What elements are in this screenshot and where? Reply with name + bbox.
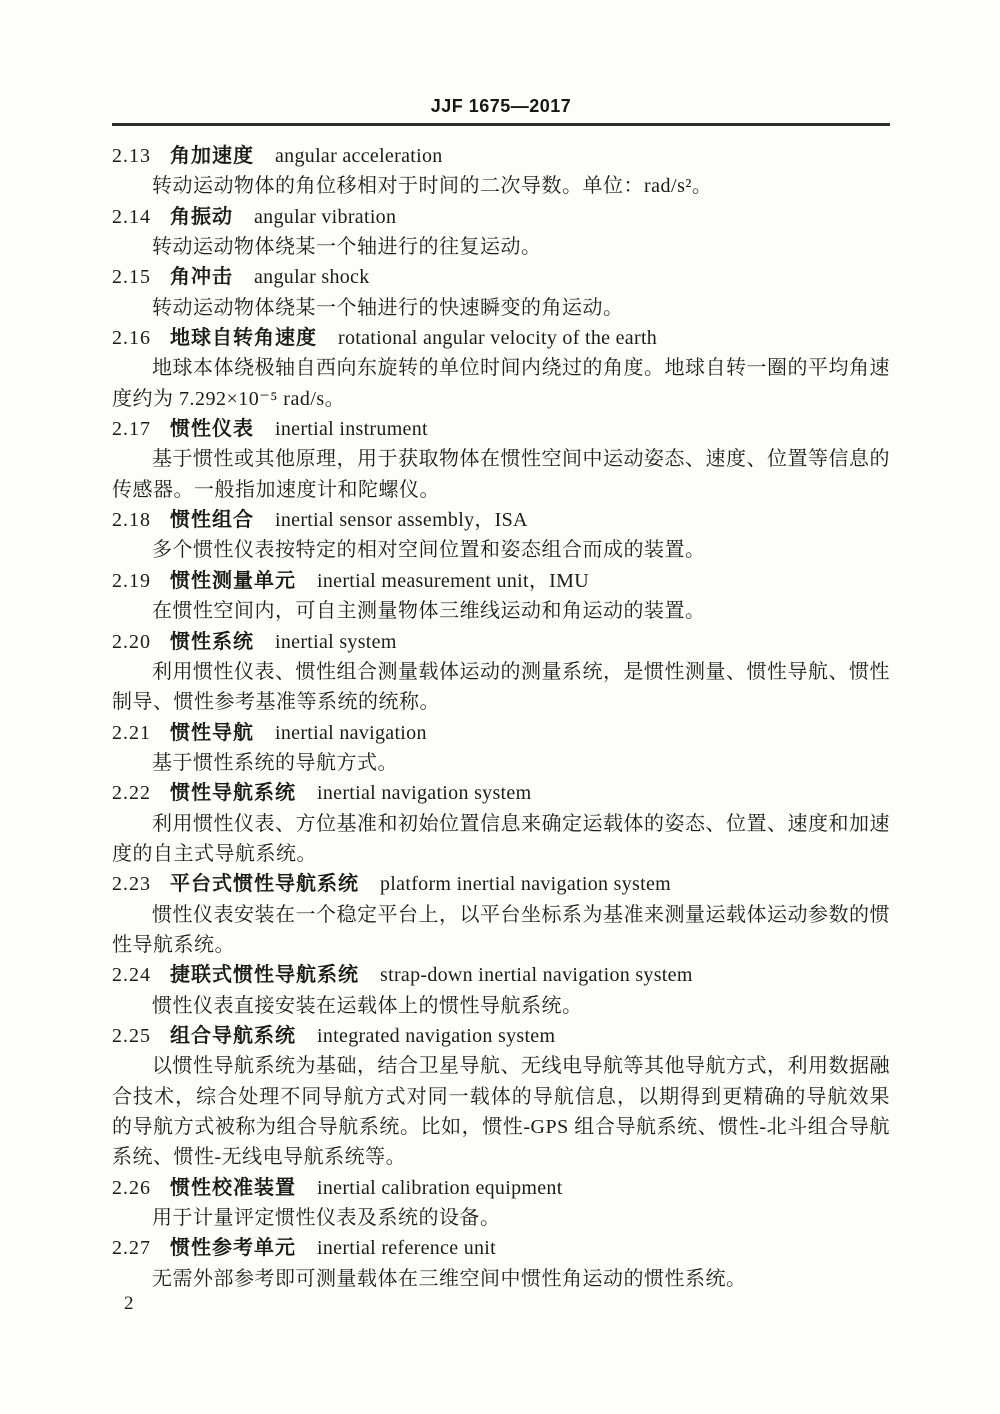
term-heading: 2.22惯性导航系统inertial navigation system — [112, 778, 890, 808]
term-number: 2.20 — [112, 631, 151, 653]
term-entry-2-18: 2.18惯性组合inertial sensor assembly，ISA 多个惯… — [112, 505, 890, 566]
document-header: JJF 1675—2017 — [112, 96, 890, 117]
document-page: JJF 1675—2017 2.13角加速度angular accelerati… — [0, 0, 1000, 1414]
term-en: inertial system — [275, 631, 397, 653]
term-number: 2.18 — [112, 509, 151, 531]
term-definition: 无需外部参考即可测量载体在三维空间中惯性角运动的惯性系统。 — [112, 1264, 890, 1294]
term-en: inertial navigation — [275, 722, 427, 744]
term-zh: 惯性系统 — [170, 631, 254, 653]
term-en: inertial calibration equipment — [317, 1177, 563, 1199]
term-entry-2-17: 2.17惯性仪表inertial instrument 基于惯性或其他原理，用于… — [112, 414, 890, 505]
term-definition: 多个惯性仪表按特定的相对空间位置和姿态组合而成的装置。 — [112, 535, 890, 565]
term-heading: 2.17惯性仪表inertial instrument — [112, 414, 890, 444]
term-entry-2-25: 2.25组合导航系统integrated navigation system 以… — [112, 1021, 890, 1173]
term-number: 2.24 — [112, 964, 151, 986]
term-zh: 地球自转角速度 — [170, 327, 317, 349]
term-heading: 2.23平台式惯性导航系统platform inertial navigatio… — [112, 869, 890, 899]
term-number: 2.14 — [112, 206, 151, 228]
term-en: angular vibration — [254, 206, 396, 228]
term-en: inertial sensor assembly，ISA — [275, 509, 528, 531]
term-entry-2-15: 2.15角冲击angular shock 转动运动物体绕某一个轴进行的快速瞬变的… — [112, 262, 890, 323]
term-definition: 转动运动物体绕某一个轴进行的往复运动。 — [112, 232, 890, 262]
term-definition: 以惯性导航系统为基础，结合卫星导航、无线电导航等其他导航方式，利用数据融合技术，… — [112, 1051, 890, 1172]
term-definition: 地球本体绕极轴自西向东旋转的单位时间内绕过的角度。地球自转一圈的平均角速度约为 … — [112, 353, 890, 414]
term-entry-2-26: 2.26惯性校准装置inertial calibration equipment… — [112, 1173, 890, 1234]
term-number: 2.13 — [112, 145, 151, 167]
term-entry-2-27: 2.27惯性参考单元inertial reference unit 无需外部参考… — [112, 1233, 890, 1294]
term-heading: 2.16地球自转角速度rotational angular velocity o… — [112, 323, 890, 353]
term-heading: 2.20惯性系统inertial system — [112, 627, 890, 657]
term-zh: 角振动 — [170, 206, 233, 228]
term-entry-2-22: 2.22惯性导航系统inertial navigation system 利用惯… — [112, 778, 890, 869]
term-en: inertial instrument — [275, 418, 428, 440]
term-en: inertial navigation system — [317, 782, 531, 804]
term-definition: 基于惯性或其他原理，用于获取物体在惯性空间中运动姿态、速度、位置等信息的传感器。… — [112, 444, 890, 505]
term-number: 2.25 — [112, 1025, 151, 1047]
term-definition: 在惯性空间内，可自主测量物体三维线运动和角运动的装置。 — [112, 596, 890, 626]
term-definition: 利用惯性仪表、方位基准和初始位置信息来确定运载体的姿态、位置、速度和加速度的自主… — [112, 809, 890, 870]
term-heading: 2.15角冲击angular shock — [112, 262, 890, 292]
term-definition: 用于计量评定惯性仪表及系统的设备。 — [112, 1203, 890, 1233]
terms-list: 2.13角加速度angular acceleration 转动运动物体的角位移相… — [112, 141, 890, 1294]
term-entry-2-20: 2.20惯性系统inertial system 利用惯性仪表、惯性组合测量载体运… — [112, 627, 890, 718]
term-heading: 2.19惯性测量单元inertial measurement unit，IMU — [112, 566, 890, 596]
term-zh: 惯性组合 — [170, 509, 254, 531]
term-entry-2-19: 2.19惯性测量单元inertial measurement unit，IMU … — [112, 566, 890, 627]
term-en: angular acceleration — [275, 145, 443, 167]
term-entry-2-16: 2.16地球自转角速度rotational angular velocity o… — [112, 323, 890, 414]
term-zh: 惯性仪表 — [170, 418, 254, 440]
term-zh: 角冲击 — [170, 266, 233, 288]
term-en: platform inertial navigation system — [380, 873, 671, 895]
term-entry-2-13: 2.13角加速度angular acceleration 转动运动物体的角位移相… — [112, 141, 890, 202]
term-number: 2.21 — [112, 722, 151, 744]
term-heading: 2.21惯性导航inertial navigation — [112, 718, 890, 748]
term-zh: 角加速度 — [170, 145, 254, 167]
term-heading: 2.27惯性参考单元inertial reference unit — [112, 1233, 890, 1263]
term-zh: 惯性测量单元 — [170, 570, 296, 592]
header-rule — [112, 123, 890, 126]
term-heading: 2.14角振动angular vibration — [112, 202, 890, 232]
term-zh: 惯性导航 — [170, 722, 254, 744]
term-definition: 转动运动物体绕某一个轴进行的快速瞬变的角运动。 — [112, 293, 890, 323]
term-en: angular shock — [254, 266, 370, 288]
term-number: 2.23 — [112, 873, 151, 895]
term-en: inertial reference unit — [317, 1237, 496, 1259]
term-heading: 2.13角加速度angular acceleration — [112, 141, 890, 171]
term-en: rotational angular velocity of the earth — [338, 327, 657, 349]
term-zh: 惯性参考单元 — [170, 1237, 296, 1259]
term-zh: 惯性导航系统 — [170, 782, 296, 804]
term-definition: 惯性仪表安装在一个稳定平台上，以平台坐标系为基准来测量运载体运动参数的惯性导航系… — [112, 900, 890, 961]
term-zh: 平台式惯性导航系统 — [170, 873, 359, 895]
term-definition: 基于惯性系统的导航方式。 — [112, 748, 890, 778]
page-number: 2 — [124, 1293, 134, 1315]
term-number: 2.27 — [112, 1237, 151, 1259]
term-en: integrated navigation system — [317, 1025, 555, 1047]
term-heading: 2.26惯性校准装置inertial calibration equipment — [112, 1173, 890, 1203]
term-number: 2.17 — [112, 418, 151, 440]
term-entry-2-14: 2.14角振动angular vibration 转动运动物体绕某一个轴进行的往… — [112, 202, 890, 263]
term-zh: 捷联式惯性导航系统 — [170, 964, 359, 986]
term-zh: 组合导航系统 — [170, 1025, 296, 1047]
term-en: strap-down inertial navigation system — [380, 964, 693, 986]
term-number: 2.22 — [112, 782, 151, 804]
term-entry-2-21: 2.21惯性导航inertial navigation 基于惯性系统的导航方式。 — [112, 718, 890, 779]
term-en: inertial measurement unit，IMU — [317, 570, 589, 592]
term-definition: 利用惯性仪表、惯性组合测量载体运动的测量系统，是惯性测量、惯性导航、惯性制导、惯… — [112, 657, 890, 718]
term-number: 2.16 — [112, 327, 151, 349]
term-heading: 2.18惯性组合inertial sensor assembly，ISA — [112, 505, 890, 535]
term-number: 2.15 — [112, 266, 151, 288]
term-entry-2-24: 2.24捷联式惯性导航系统strap-down inertial navigat… — [112, 960, 890, 1021]
term-definition: 转动运动物体的角位移相对于时间的二次导数。单位：rad/s²。 — [112, 171, 890, 201]
term-definition: 惯性仪表直接安装在运载体上的惯性导航系统。 — [112, 991, 890, 1021]
term-heading: 2.24捷联式惯性导航系统strap-down inertial navigat… — [112, 960, 890, 990]
term-entry-2-23: 2.23平台式惯性导航系统platform inertial navigatio… — [112, 869, 890, 960]
term-heading: 2.25组合导航系统integrated navigation system — [112, 1021, 890, 1051]
term-zh: 惯性校准装置 — [170, 1177, 296, 1199]
term-number: 2.26 — [112, 1177, 151, 1199]
term-number: 2.19 — [112, 570, 151, 592]
